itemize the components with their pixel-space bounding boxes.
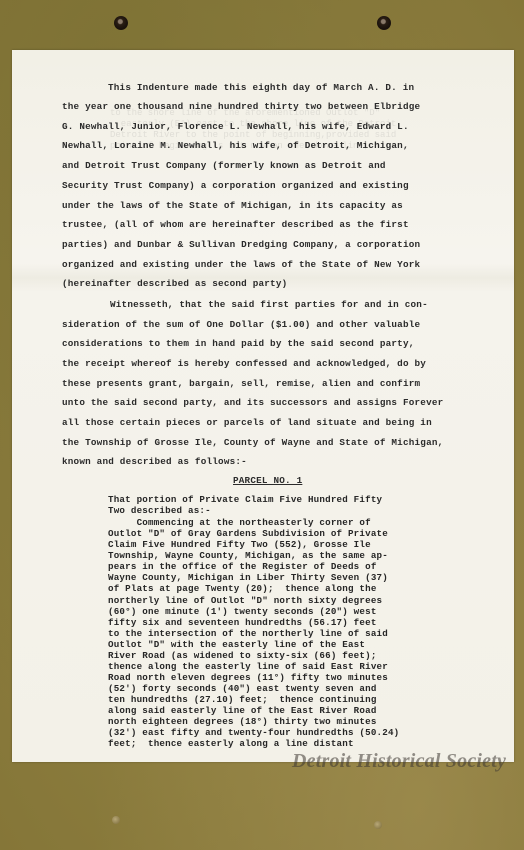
p2-line-8: known and described as follows:- <box>62 452 247 472</box>
rivet-top-left <box>114 16 128 30</box>
rivet-bottom-right <box>374 821 382 829</box>
parcel-line-22: feet; thence easterly along a line dista… <box>108 738 354 749</box>
p1-line-3: Newhall, Loraine M. Newhall, his wife, o… <box>62 136 409 156</box>
p2-line-2: considerations to them in hand paid by t… <box>62 334 415 354</box>
parcel-line-5: Township, Wayne County, Michigan, as the… <box>108 550 388 561</box>
p2-line-6: all those certain pieces or parcels of l… <box>62 413 432 433</box>
parcel-line-9: northerly line of Outlot "D" north sixty… <box>108 595 382 606</box>
parcel-line-3: Outlot "D" of Gray Gardens Subdivision o… <box>108 528 388 539</box>
parcel-line-2: Commencing at the northeasterly corner o… <box>108 517 371 528</box>
parcel-line-16: Road north eleven degrees (11°) fifty tw… <box>108 672 388 683</box>
parcel-line-11: fifty six and seventeen hundredths (56.1… <box>108 617 377 628</box>
p2-line-3: the receipt whereof is hereby confessed … <box>62 354 426 374</box>
parcel-line-0: That portion of Private Claim Five Hundr… <box>108 494 382 505</box>
parcel-line-4: Claim Five Hundred Fifty Two (552), Gros… <box>108 539 371 550</box>
parcel-line-21: (32') east fifty and twenty-four hundred… <box>108 727 399 738</box>
p1-line-8: parties) and Dunbar & Sullivan Dredging … <box>62 235 420 255</box>
parcel-line-14: River Road (as widened to sixty-six (66)… <box>108 650 377 661</box>
p2-line-7: the Township of Grosse Ile, County of Wa… <box>62 433 443 453</box>
parcel-line-7: Wayne County, Michigan in Liber Thirty S… <box>108 572 388 583</box>
p1-line-10: (hereinafter described as second party) <box>62 274 287 294</box>
rivet-top-right <box>377 16 391 30</box>
parcel-line-13: Outlot "D" with the easterly line of the… <box>108 639 365 650</box>
parcel-line-20: north eighteen degrees (18°) thirty two … <box>108 716 377 727</box>
parcel-line-10: (60°) one minute (1') twenty seconds (20… <box>108 606 377 617</box>
watermark: Detroit Historical Society <box>292 750 506 773</box>
p1-line-2: G. Newhall, Junior, Florence L. Newhall,… <box>62 117 409 137</box>
parcel-line-19: along said easterly line of the East Riv… <box>108 705 377 716</box>
p1-line-7: trustee, (all of whom are hereinafter de… <box>62 215 409 235</box>
p1-line-1: the year one thousand nine hundred thirt… <box>62 97 420 117</box>
p1-line-6: under the laws of the State of Michigan,… <box>62 196 403 216</box>
parcel-line-17: (52') forty seconds (40") east twenty se… <box>108 683 377 694</box>
p2-line-4: these presents grant, bargain, sell, rem… <box>62 374 420 394</box>
rivet-bottom-left <box>112 816 120 824</box>
p2-line-5: unto the said second party, and its succ… <box>62 393 443 413</box>
parcel-line-15: thence along the easterly line of said E… <box>108 661 388 672</box>
p1-line-9: organized and existing under the laws of… <box>62 255 420 275</box>
parcel-line-18: ten hundredths (27.10) feet; thence cont… <box>108 694 377 705</box>
parcel-heading: PARCEL NO. 1 <box>233 475 302 486</box>
p1-line-0: This Indenture made this eighth day of M… <box>108 78 414 98</box>
parcel-line-12: to the intersection of the northerly lin… <box>108 628 388 639</box>
p2-line-0: Witnesseth, that the said first parties … <box>110 295 428 315</box>
parcel-line-8: of Plats at page Twenty (20); thence alo… <box>108 583 377 594</box>
parcel-line-1: Two described as:- <box>108 505 211 516</box>
p2-line-1: sideration of the sum of One Dollar ($1.… <box>62 315 420 335</box>
p1-line-4: and Detroit Trust Company (formerly know… <box>62 156 386 176</box>
p1-line-5: Security Trust Company) a corporation or… <box>62 176 409 196</box>
parcel-line-6: pears in the office of the Register of D… <box>108 561 377 572</box>
